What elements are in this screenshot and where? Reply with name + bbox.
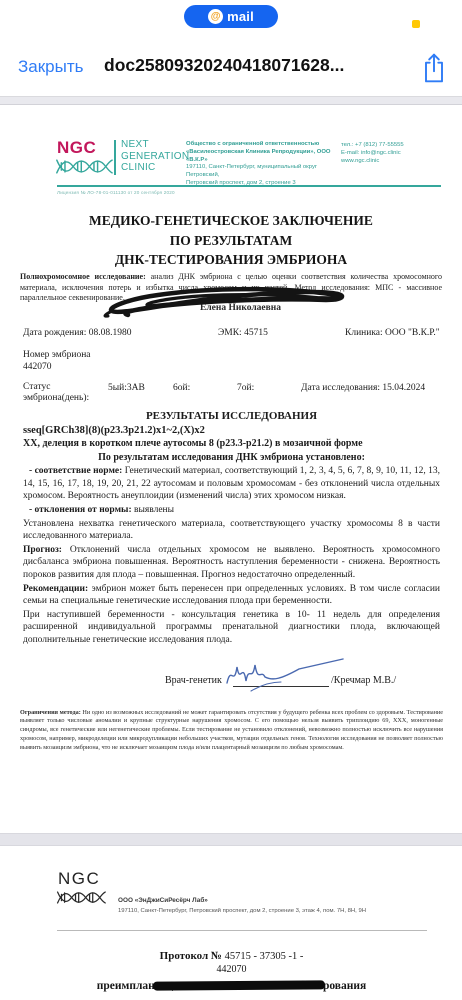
prognosis-paragraph: Прогноз: Отклонений числа отдельных хром… bbox=[23, 544, 440, 582]
share-button[interactable] bbox=[421, 52, 447, 84]
brand-line: CLINIC bbox=[121, 162, 189, 174]
footer-rule bbox=[57, 930, 427, 931]
emk-number: ЭМК: 45715 bbox=[218, 327, 268, 340]
close-button[interactable]: Закрыть bbox=[18, 57, 83, 77]
protocol-number-2: 442070 bbox=[23, 963, 440, 976]
status-day7: 7ой: bbox=[237, 382, 254, 395]
report-title: МЕДИКО-ГЕНЕТИЧЕСКОЕ ЗАКЛЮЧЕНИЕ ПО РЕЗУЛЬ… bbox=[0, 211, 462, 270]
share-icon bbox=[421, 52, 447, 84]
limitations-lead: Ограничения метода: bbox=[20, 709, 81, 716]
contact-line: E-mail: info@ngc.clinic bbox=[341, 150, 451, 158]
company-line: Общество с ограниченной ответственностью bbox=[186, 141, 338, 149]
footer-ngc-logo-text: NGC bbox=[58, 869, 100, 889]
mail-badge[interactable]: @ mail bbox=[184, 5, 278, 28]
protocol-label: Протокол № bbox=[160, 950, 222, 962]
protocol-number-line: Протокол № 45715 - 37305 -1 - bbox=[23, 950, 440, 963]
report-body: Дата рождения: 08.08.1980 ЭМК: 45715 Кли… bbox=[23, 327, 440, 752]
document-title: doc25809320240418071628... bbox=[104, 55, 404, 76]
recommendation-lead: Рекомендации: bbox=[23, 584, 88, 594]
recommendation-paragraph: Рекомендации: эмбрион может быть перенес… bbox=[23, 583, 440, 608]
document-page-1: NGC NEXT GENERATION CLINIC Общество с ог… bbox=[0, 106, 462, 833]
footer-address: 197110, Санкт-Петербург, Петровский прос… bbox=[118, 908, 366, 914]
at-glyph: @ bbox=[211, 11, 221, 22]
protocol-caption: преимплантационного генетического тестир… bbox=[97, 979, 367, 993]
contact-line: www.ngc.clinic bbox=[341, 158, 451, 166]
mail-badge-label: mail bbox=[227, 9, 254, 24]
pregnancy-note-paragraph: При наступившей беременности - консульта… bbox=[23, 609, 440, 647]
prognosis-lead: Прогноз: bbox=[23, 545, 62, 555]
company-line: 197110, Санкт-Петербург, муниципальный о… bbox=[186, 164, 338, 180]
nav-bar: Закрыть doc25809320240418071628... bbox=[0, 32, 462, 96]
status-day5: 5ый:3АВ bbox=[108, 382, 145, 395]
deviation-paragraph: - отклонения от нормы: выявлены bbox=[23, 504, 440, 517]
embryo-status-row: Статус эмбриона(день): 5ый:3АВ 6ой: 7ой:… bbox=[23, 382, 440, 408]
document-page-2: NGC ООО «ЭнДжиСиРесёрч Лаб» 197110, Санк… bbox=[0, 847, 462, 1000]
footer-company-name: ООО «ЭнДжиСиРесёрч Лаб» bbox=[118, 897, 208, 904]
limitations-text: Ни одно из возможных исследований не мож… bbox=[20, 709, 443, 751]
norm-lead: - соответствие норме: bbox=[29, 466, 122, 476]
patient-info-row: Дата рождения: 08.08.1980 ЭМК: 45715 Кли… bbox=[23, 327, 440, 340]
report-title-line: МЕДИКО-ГЕНЕТИЧЕСКОЕ ЗАКЛЮЧЕНИЕ bbox=[0, 211, 462, 231]
protocol-number: 45715 - 37305 -1 - bbox=[225, 951, 304, 962]
karyotype-description: ХХ, делеция в коротком плече аутосомы 8 … bbox=[23, 438, 440, 451]
letterhead-rule bbox=[57, 185, 441, 187]
letterhead-brand-block: NEXT GENERATION CLINIC bbox=[121, 139, 189, 174]
established-heading: По результатам исследования ДНК эмбриона… bbox=[23, 452, 440, 465]
report-title-line: ДНК-ТЕСТИРОВАНИЯ ЭМБРИОНА bbox=[0, 250, 462, 270]
method-intro-lead: Полнохромосомное исследование: bbox=[20, 272, 146, 281]
embryo-number-label: Номер эмбриона bbox=[23, 349, 440, 361]
letterhead-contacts-block: тел.: +7 (812) 77-55555 E-mail: info@ngc… bbox=[341, 142, 451, 165]
clinic-name: Клиника: ООО "В.К.Р." bbox=[345, 327, 440, 340]
contact-line: тел.: +7 (812) 77-55555 bbox=[341, 142, 451, 150]
license-line: Лицензия № ЛО-78-01-011130 от 20 сентябр… bbox=[57, 190, 175, 195]
status-label: Статус эмбриона(день): bbox=[23, 382, 105, 405]
deviation-lead: - отклонения от нормы: bbox=[29, 505, 132, 515]
letterhead-divider bbox=[114, 140, 116, 175]
doctor-name: /Кречмар М.В./ bbox=[331, 675, 396, 688]
embryo-number-block: Номер эмбриона 442070 bbox=[23, 349, 440, 374]
brand-line: GENERATION bbox=[121, 151, 189, 163]
dna-helix-icon bbox=[55, 158, 113, 175]
status-bar: @ mail bbox=[0, 0, 462, 32]
name-redaction-scribble bbox=[98, 284, 350, 322]
results-heading: РЕЗУЛЬТАТЫ ИССЛЕДОВАНИЯ bbox=[23, 410, 440, 423]
footer-dna-helix-icon bbox=[56, 890, 106, 905]
limitations-paragraph: Ограничения метода: Ни одно из возможных… bbox=[20, 709, 443, 753]
deviation-detail-paragraph: Установлена нехватка генетического матер… bbox=[23, 518, 440, 543]
embryo-number-value: 442070 bbox=[23, 361, 440, 373]
report-title-line: ПО РЕЗУЛЬТАТАМ bbox=[0, 231, 462, 251]
redaction-bar bbox=[153, 980, 326, 990]
status-day6: 6ой: bbox=[173, 382, 190, 395]
deviation-text: выявлены bbox=[134, 505, 174, 515]
company-line: «Василеостровская Клиника Репродукции», … bbox=[186, 149, 338, 165]
norm-paragraph: - соответствие норме: Генетический матер… bbox=[23, 465, 440, 503]
ngc-logo-text: NGC bbox=[57, 138, 96, 158]
toolbar-separator bbox=[0, 96, 462, 105]
study-date: Дата исследования: 15.04.2024 bbox=[301, 382, 425, 395]
birth-date: Дата рождения: 08.08.1980 bbox=[23, 327, 132, 340]
doctor-label: Врач-генетик bbox=[165, 675, 222, 688]
letterhead-company-block: Общество с ограниченной ответственностью… bbox=[186, 141, 338, 188]
karyotype-formula: sseq[GRCh38](8)(p23.3p21.2)x1~2,(X)x2 bbox=[23, 425, 440, 438]
prognosis-text: Отклонений числа отдельных хромосом не в… bbox=[23, 545, 440, 580]
brand-line: NEXT bbox=[121, 139, 189, 151]
page-separator bbox=[0, 833, 462, 846]
protocol-block: Протокол № 45715 - 37305 -1 - 442070 пре… bbox=[23, 950, 440, 994]
screen: @ mail Закрыть doc25809320240418071628..… bbox=[0, 0, 462, 1000]
yellow-indicator bbox=[412, 20, 420, 28]
at-icon: @ bbox=[208, 9, 223, 24]
signature-row: Врач-генетик /Кречмар М.В./ bbox=[23, 661, 440, 697]
